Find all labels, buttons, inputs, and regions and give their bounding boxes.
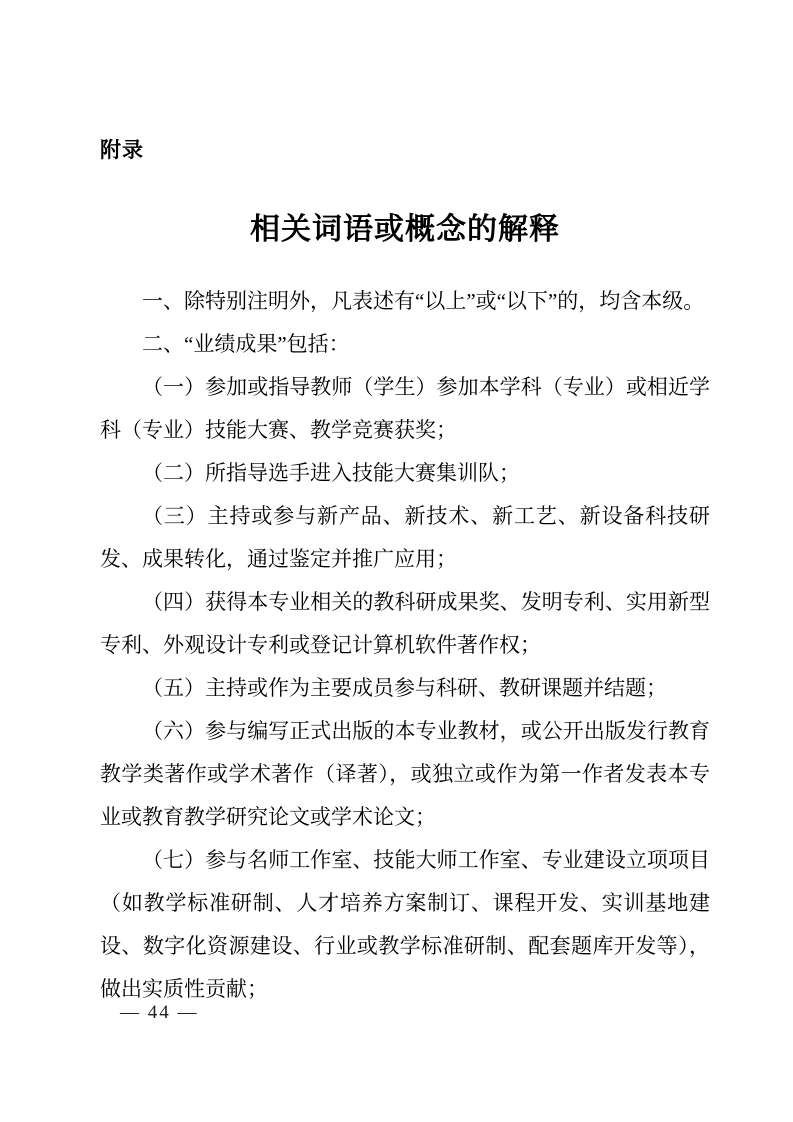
paragraph-note-scope: 一、除特别注明外，凡表述有“以上”或“以下”的，均含本级。 <box>100 280 710 323</box>
paragraph-item-1: （一）参加或指导教师（学生）参加本学科（专业）或相近学科（专业）技能大赛、教学竞… <box>100 366 710 452</box>
appendix-label: 附录 <box>100 138 710 164</box>
paragraph-item-4: （四）获得本专业相关的教科研成果奖、发明专利、实用新型专利、外观设计专利或登记计… <box>100 581 710 667</box>
paragraph-item-6: （六）参与编写正式出版的本专业教材，或公开出版发行教育教学类著作或学术著作（译著… <box>100 710 710 839</box>
page-title: 相关词语或概念的解释 <box>100 210 710 250</box>
page-number: — 44 — <box>120 1000 199 1026</box>
paragraph-item-3: （三）主持或参与新产品、新技术、新工艺、新设备科技研发、成果转化，通过鉴定并推广… <box>100 495 710 581</box>
document-body: 一、除特别注明外，凡表述有“以上”或“以下”的，均含本级。 二、“业绩成果”包括… <box>100 280 710 1011</box>
paragraph-item-2: （二）所指导选手进入技能大赛集训队； <box>100 452 710 495</box>
paragraph-item-5: （五）主持或作为主要成员参与科研、教研课题并结题； <box>100 667 710 710</box>
paragraph-achievements-intro: 二、“业绩成果”包括： <box>100 323 710 366</box>
document-page: 附录 相关词语或概念的解释 一、除特别注明外，凡表述有“以上”或“以下”的，均含… <box>0 0 793 1122</box>
paragraph-item-7: （七）参与名师工作室、技能大师工作室、专业建设立项项目（如教学标准研制、人才培养… <box>100 839 710 1011</box>
